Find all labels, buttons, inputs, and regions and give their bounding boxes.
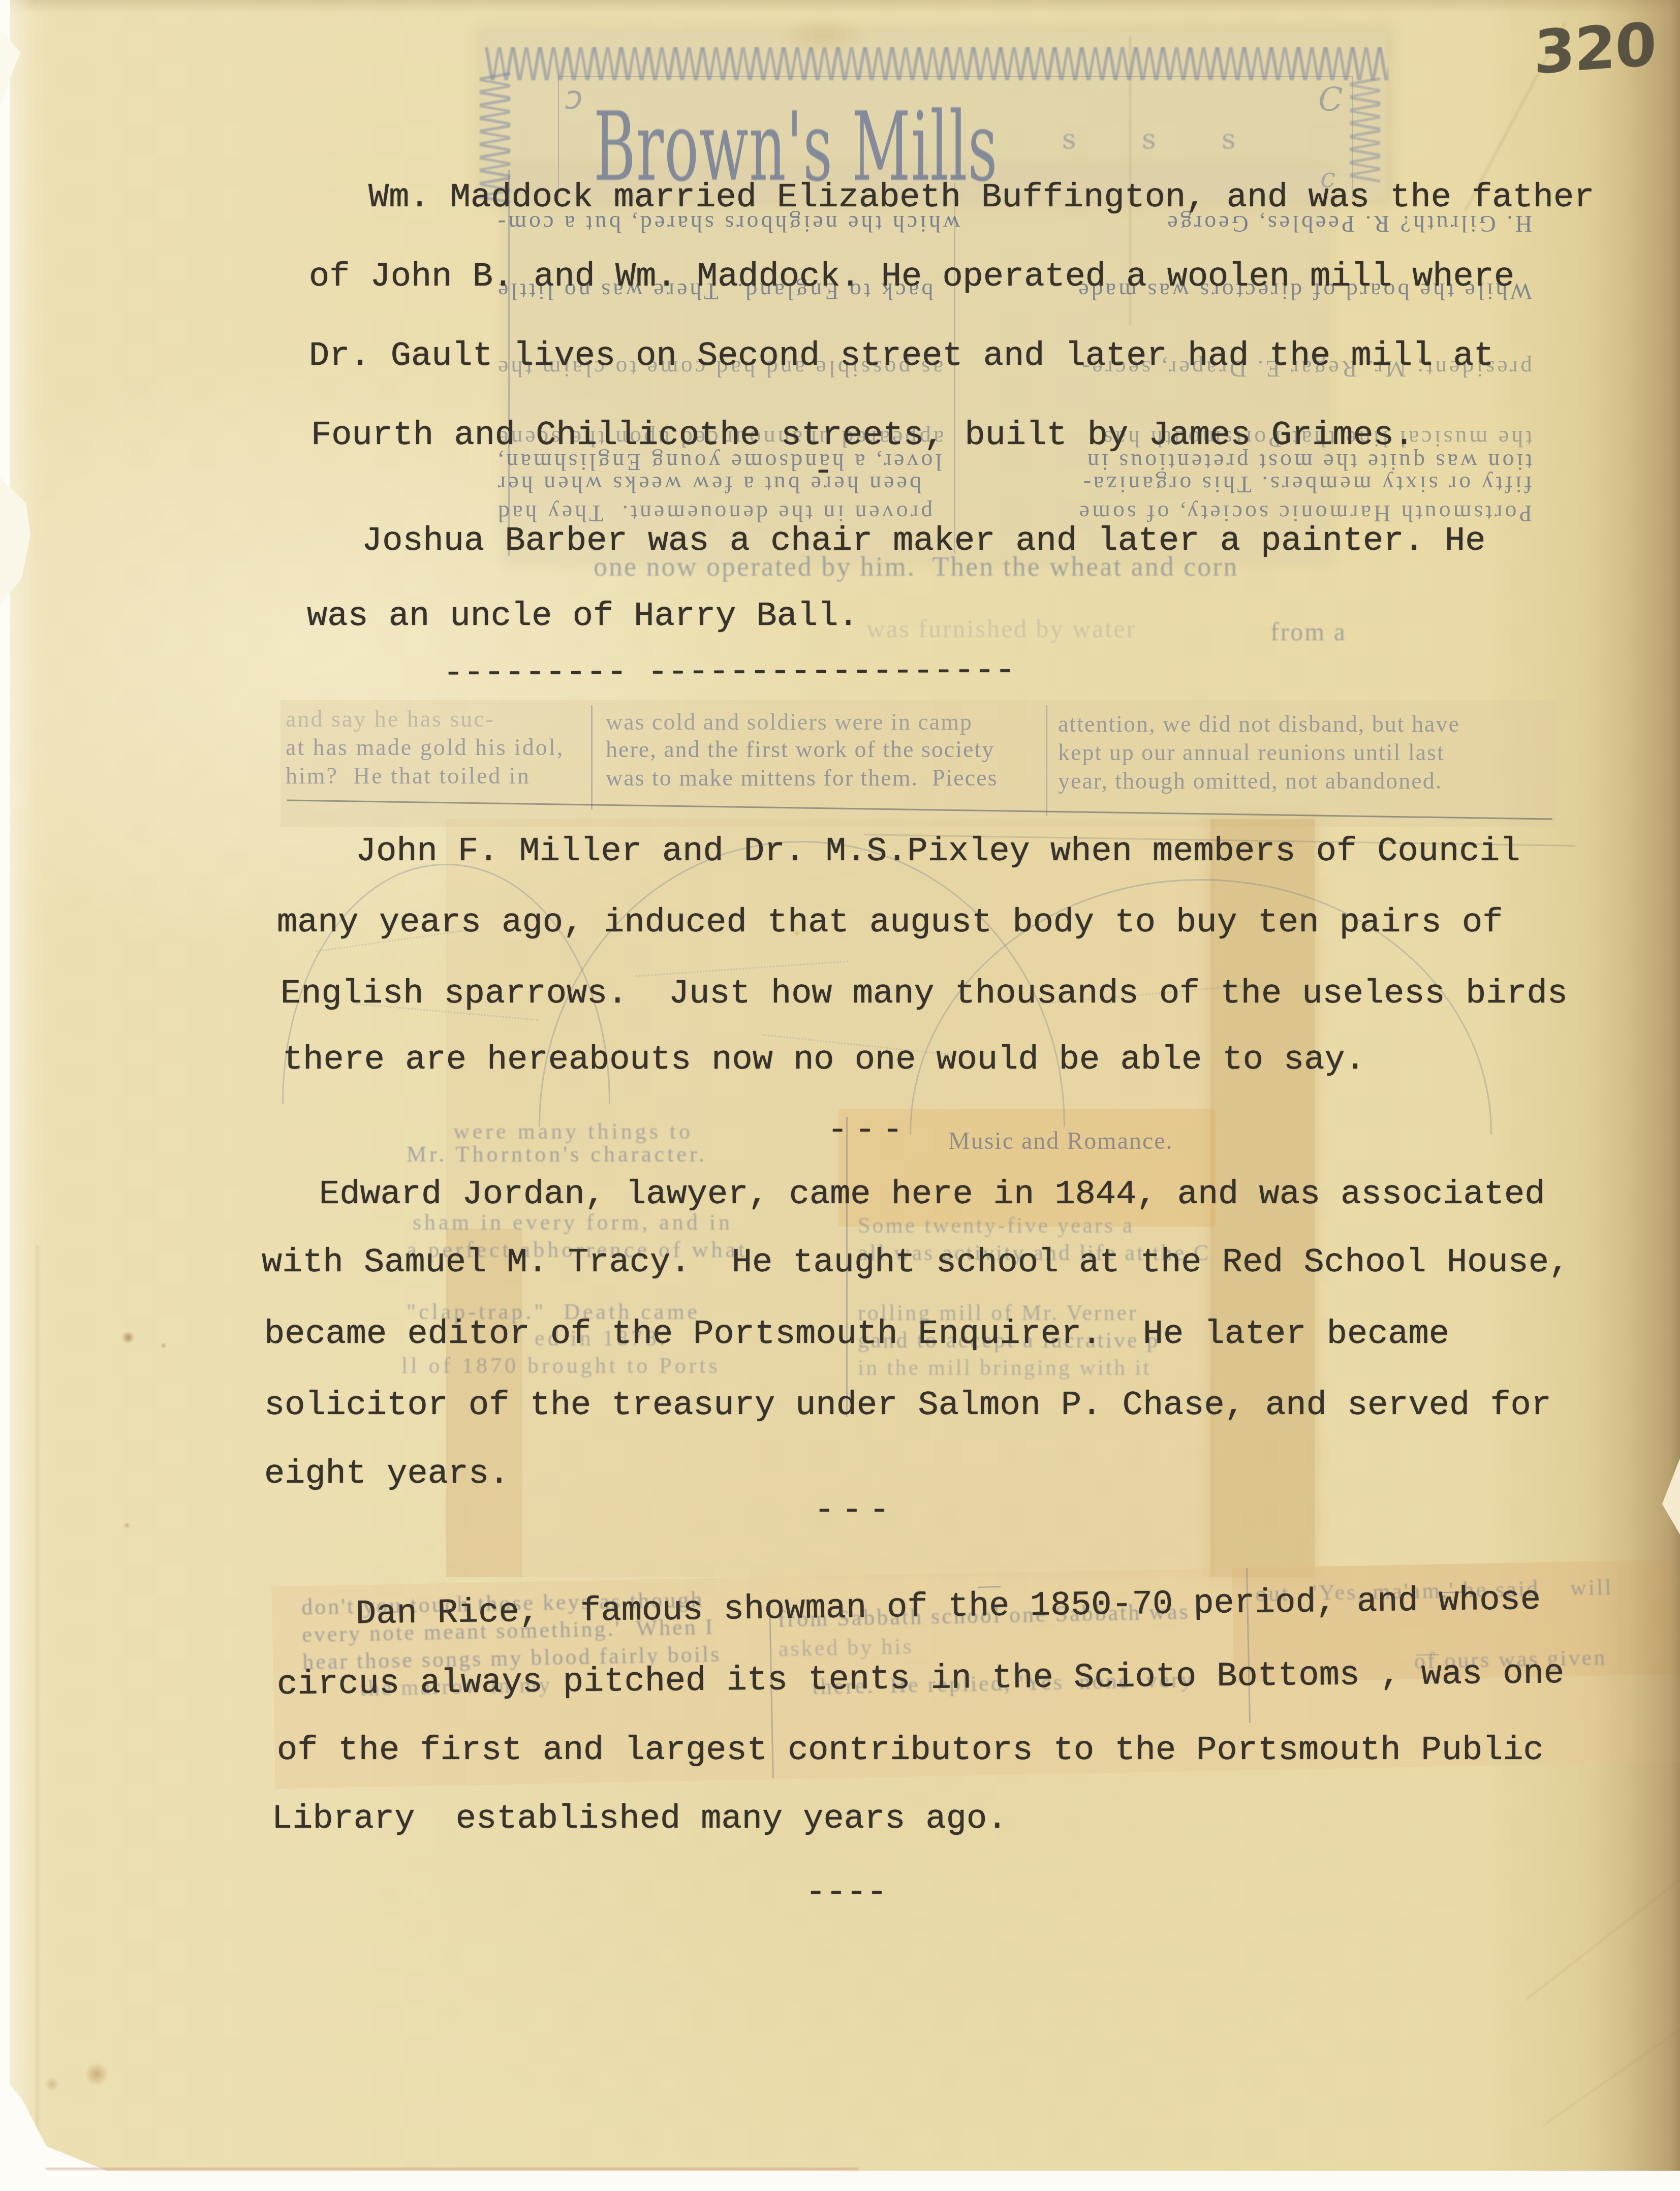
scrapbook-page-scan: WWWWWWWWWWWWWWWWWWWWWWWWWWWWWWWWWWWW WWW… [0,0,1680,2191]
page-left-light-edge [0,0,36,2191]
music-clip-left-line: were many things to [453,1120,693,1143]
typed-line: English sparrows. Just how many thousand… [281,977,1568,1011]
typed-line: Wm. Maddock married Elizabeth Buffington… [368,181,1594,215]
torn-notch-top-left [0,29,20,106]
music-clip-right-line: in the mill bringing with it [858,1357,1152,1379]
page-right-dark-edge [1588,0,1680,2191]
mittens-col2-line: was cold and soldiers were in camp [606,710,973,734]
scan-left-margin [0,0,10,2191]
crease-line [36,1245,42,2165]
typed-line: eight years. [264,1457,509,1491]
bleedthrough-col: been here but a few weeks when her [495,472,921,498]
bleedthrough-line: fifty or sixty members. This organiza- b… [495,472,1532,498]
typed-separator: --------- ------------------ [443,654,1015,691]
clipping-text-wheat: from a [1270,619,1347,644]
clipping-text-wheat: was furnished by water [866,616,1136,641]
typed-line: John F. Miller and Dr. M.S.Pixley when m… [356,835,1520,869]
stain [45,2077,59,2091]
wrinkle-line [1526,1842,1680,2000]
typed-line: Joshua Barber was a chair maker and late… [362,524,1485,558]
typed-line: Fourth and Chillicothe streets, built by… [311,419,1414,453]
mittens-col3-line: year, though omitted, not abandoned. [1058,769,1442,793]
typed-line: Dr. Gault lives on Second street and lat… [309,339,1494,373]
mittens-col1-line: him? He that toiled in [286,764,531,788]
typed-line: became editor of the Portsmouth Enquirer… [264,1318,1449,1352]
typed-line: solicitor of the treasury under Salmon P… [264,1389,1551,1423]
music-clip-left-line: Mr. Thornton's character. [407,1143,707,1166]
stain [85,2062,108,2086]
typed-separator: --- [814,1494,897,1528]
mittens-col3-line: attention, we did not disband, but have [1058,712,1460,736]
masthead-corner-curl-left: ɔ [565,79,583,117]
music-clip-right-line: Some twenty-five years a [858,1214,1134,1237]
masthead-corner-curl-right: C [1318,81,1343,119]
typed-separator: ---- [805,1876,887,1910]
torn-notch-mid-left [0,478,30,605]
mittens-col1-line: at has made gold his idol, [286,736,564,759]
typed-line: with Samuel M. Tracy. He taught school a… [262,1246,1569,1280]
typed-separator: - [813,455,833,489]
mittens-col1-line: and say he has suc- [286,707,495,731]
mittens-col2-line: was to make mittens for them. Pieces [606,766,998,790]
typed-line: Library established many years ago. [272,1802,1007,1836]
typed-line: Edward Jordan, lawyer, came here in 1844… [319,1178,1545,1212]
stain [121,1331,135,1344]
typed-line: there are hereabouts now no one would be… [283,1043,1365,1077]
stain [123,1522,131,1529]
stain [161,1342,167,1349]
torn-notch-right [1658,1458,1680,1535]
stain [777,18,869,53]
torn-corner-bottom-left [0,2073,122,2191]
typed-line: was an uncle of Harry Ball. [307,600,859,634]
mittens-col3-line: kept up our annual reunions until last [1058,741,1445,764]
scan-bottom-margin [0,2171,1680,2191]
typed-line: of the first and largest contributors to… [277,1734,1544,1768]
showman-mid-line: asked by his [779,1635,914,1660]
mittens-column-rule [1046,705,1047,816]
bottom-edge-tint [46,2168,859,2170]
typed-line: many years ago, induced that august body… [277,906,1503,940]
typed-separator: --- [827,1114,910,1148]
music-clip-left-line: sham in every form, and in [413,1211,733,1234]
wrinkle-line [1543,2002,1680,2125]
music-clip-heading: Music and Romance. [948,1129,1173,1153]
page-top-shadow [0,0,1680,13]
masthead-flourishes: s s s [1062,123,1264,155]
handwritten-page-number: 320 [1534,9,1656,87]
music-clip-left-line: ll of 1870 brought to Ports [401,1355,721,1377]
typed-line: of John B. and Wm. Maddock. He operated … [309,260,1514,294]
mittens-column-rule [591,705,593,809]
mittens-col2-line: here, and the first work of the society [606,738,994,761]
bleedthrough-col: fifty or sixty members. This organiza- [1081,472,1532,498]
